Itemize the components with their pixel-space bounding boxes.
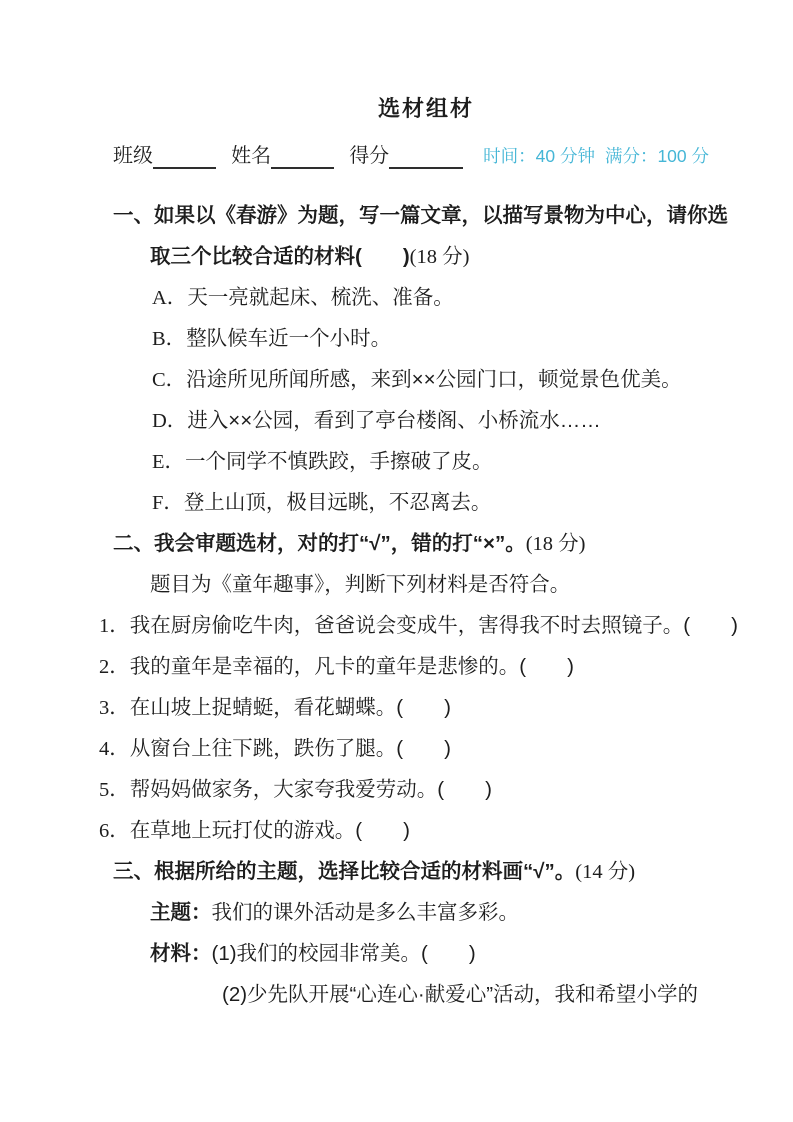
theme-text: 我们的课外活动是多么丰富多彩。 xyxy=(212,901,520,924)
section2-heading-text: 二、我会审题选材，对的打“√”，错的打“×”。 xyxy=(113,532,526,555)
option-text-e: 一个同学不慎跌跤，手擦破了皮。 xyxy=(185,450,493,473)
section1-heading-line2-text: 取三个比较合适的材料( ) xyxy=(150,245,410,268)
option-letter-b: B． xyxy=(152,328,186,350)
option-letter-c: C． xyxy=(152,369,186,391)
option-letter-f: F． xyxy=(152,492,184,514)
score-blank-line xyxy=(389,145,463,169)
option-text-c: 沿途所见所闻所感，来到××公园门口，顿觉景色优美。 xyxy=(186,368,681,391)
judge-item-2: 2．我的童年是幸福的，凡卡的童年是悲惨的。( ) xyxy=(99,646,709,687)
option-text-a: 天一亮就起床、梳洗、准备。 xyxy=(187,286,454,309)
option-text-f: 登上山顶，极目远眺，不忍离去。 xyxy=(184,491,492,514)
judge-item-1-text: 我在厨房偷吃牛肉，爸爸说会变成牛，害得我不时去照镜子。( ) xyxy=(130,614,738,637)
score-label: 得分 xyxy=(349,143,389,169)
judge-item-1: 1．我在厨房偷吃牛肉，爸爸说会变成牛，害得我不时去照镜子。( ) xyxy=(99,605,709,646)
material-line-1: 材料：(1)我们的校园非常美。( ) xyxy=(150,933,709,974)
fullscore-info: 满分：100 分 xyxy=(605,144,709,168)
class-label: 班级 xyxy=(113,143,153,169)
option-text-b: 整队候车近一个小时。 xyxy=(186,327,391,350)
section3-heading: 三、根据所给的主题，选择比较合适的材料画“√”。(14 分) xyxy=(113,851,709,892)
worksheet-page: 选材组材 班级姓名得分 时间：40 分钟 满分：100 分 一、如果以《春游》为… xyxy=(0,0,793,1122)
section3-heading-text: 三、根据所给的主题，选择比较合适的材料画“√”。 xyxy=(113,860,575,883)
material-line-2: (2)少先队开展“心连心·献爱心”活动，我和希望小学的 xyxy=(222,974,709,1015)
judge-item-6: 6．在草地上玩打仗的游戏。( ) xyxy=(99,810,709,851)
page-title: 选材组材 xyxy=(97,96,709,122)
option-letter-e: E． xyxy=(152,451,185,473)
judge-item-6-num: 6． xyxy=(99,820,130,842)
judge-item-1-num: 1． xyxy=(99,615,130,637)
section2-subheading: 题目为《童年趣事》，判断下列材料是否符合。 xyxy=(150,564,709,605)
judge-item-2-text: 我的童年是幸福的，凡卡的童年是悲惨的。( ) xyxy=(130,655,574,678)
judge-item-3: 3．在山坡上捉蜻蜓，看花蝴蝶。( ) xyxy=(99,687,709,728)
judge-item-5-text: 帮妈妈做家务，大家夸我爱劳动。( ) xyxy=(130,778,492,801)
theme-label: 主题： xyxy=(150,901,212,924)
name-blank-line xyxy=(271,145,334,169)
material-1-text: (1)我们的校园非常美。( ) xyxy=(212,942,476,965)
judge-item-3-text: 在山坡上捉蜻蜓，看花蝴蝶。( ) xyxy=(130,696,451,719)
section1-heading-line1: 一、如果以《春游》为题，写一篇文章，以描写景物为中心，请你选 xyxy=(113,195,709,236)
worksheet-content: 选材组材 班级姓名得分 时间：40 分钟 满分：100 分 一、如果以《春游》为… xyxy=(97,96,709,1015)
exam-info: 时间：40 分钟 满分：100 分 xyxy=(483,144,709,169)
material-label: 材料： xyxy=(150,942,212,965)
option-row-a: A．天一亮就起床、梳洗、准备。 xyxy=(152,277,709,318)
option-row-d: D．进入××公园，看到了亭台楼阁、小桥流水…… xyxy=(152,400,709,441)
option-row-c: C．沿途所见所闻所感，来到××公园门口，顿觉景色优美。 xyxy=(152,359,709,400)
worksheet-body: 一、如果以《春游》为题，写一篇文章，以描写景物为中心，请你选 取三个比较合适的材… xyxy=(97,195,709,1015)
option-row-e: E．一个同学不慎跌跤，手擦破了皮。 xyxy=(152,441,709,482)
judge-item-4: 4．从窗台上往下跳，跌伤了腿。( ) xyxy=(99,728,709,769)
section2-heading: 二、我会审题选材，对的打“√”，错的打“×”。(18 分) xyxy=(113,523,709,564)
header-row: 班级姓名得分 时间：40 分钟 满分：100 分 xyxy=(97,143,709,169)
section2-points: (18 分) xyxy=(526,533,586,555)
option-text-d: 进入××公园，看到了亭台楼阁、小桥流水…… xyxy=(187,409,600,432)
judge-item-4-text: 从窗台上往下跳，跌伤了腿。( ) xyxy=(130,737,451,760)
name-label: 姓名 xyxy=(231,143,271,169)
section3-points: (14 分) xyxy=(575,861,635,883)
judge-item-2-num: 2． xyxy=(99,656,130,678)
option-letter-d: D． xyxy=(152,410,187,432)
class-blank-line xyxy=(153,145,216,169)
theme-line: 主题：我们的课外活动是多么丰富多彩。 xyxy=(150,892,709,933)
section1-heading-line2: 取三个比较合适的材料( )(18 分) xyxy=(150,236,709,277)
option-row-f: F．登上山顶，极目远眺，不忍离去。 xyxy=(152,482,709,523)
option-letter-a: A． xyxy=(152,287,187,309)
judge-item-6-text: 在草地上玩打仗的游戏。( ) xyxy=(130,819,410,842)
judge-item-3-num: 3． xyxy=(99,697,130,719)
judge-item-4-num: 4． xyxy=(99,738,130,760)
option-row-b: B．整队候车近一个小时。 xyxy=(152,318,709,359)
judge-item-5-num: 5． xyxy=(99,779,130,801)
section1-points: (18 分) xyxy=(410,246,470,268)
judge-item-5: 5．帮妈妈做家务，大家夸我爱劳动。( ) xyxy=(99,769,709,810)
time-info: 时间：40 分钟 xyxy=(483,144,595,168)
